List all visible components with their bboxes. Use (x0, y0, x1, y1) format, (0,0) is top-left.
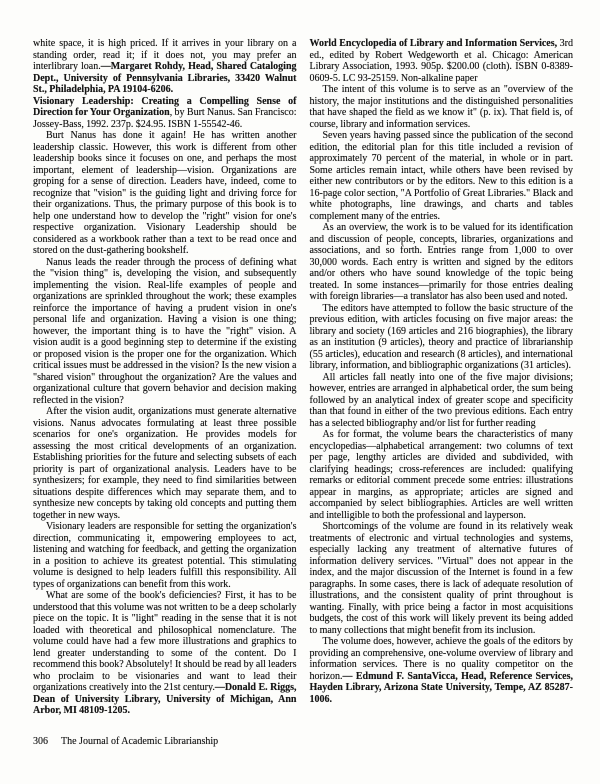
review-paragraph: Visionary leaders are responsible for se… (33, 521, 297, 590)
journal-title: The Journal of Academic Librarianship (61, 736, 218, 747)
page-number: 306 (33, 736, 48, 747)
review-paragraph: The intent of this volume is to serve as… (310, 84, 574, 130)
two-column-layout: white space, it is high priced. If it ar… (0, 0, 600, 717)
review-final-paragraph: The volume does, however, achieve the go… (310, 636, 574, 705)
review-paragraph: All articles fall neatly into one of the… (310, 372, 574, 430)
page-footer: 306The Journal of Academic Librarianship (33, 736, 218, 747)
review-paragraph: Shortcomings of the volume are found in … (310, 521, 574, 636)
review-final-text: What are some of the book's deficiencies… (33, 590, 297, 693)
review-final-paragraph: What are some of the book's deficiencies… (33, 590, 297, 717)
review-citation-world-encyclopedia: World Encyclopedia of Library and Inform… (310, 38, 574, 84)
left-column: white space, it is high priced. If it ar… (33, 38, 297, 717)
review-paragraph: The editors have attempted to follow the… (310, 303, 574, 372)
review-paragraph: After the vision audit, organizations mu… (33, 406, 297, 521)
scanned-journal-page: white space, it is high priced. If it ar… (0, 0, 600, 784)
reviewer-signature-santavicca: — Edmund F. SantaVicca, Head, Reference … (310, 671, 574, 705)
book-title-world-encyclopedia: World Encyclopedia of Library and Inform… (310, 38, 558, 49)
right-column: World Encyclopedia of Library and Inform… (310, 38, 574, 717)
review-paragraph: Burt Nanus has done it again! He has wri… (33, 130, 297, 257)
continued-review-paragraph: white space, it is high priced. If it ar… (33, 38, 297, 96)
review-citation-visionary-leadership: Visionary Leadership: Creating a Compell… (33, 96, 297, 131)
review-paragraph: Nanus leads the reader through the proce… (33, 257, 297, 407)
review-paragraph: Seven years having passed since the publ… (310, 130, 574, 222)
review-paragraph: As for format, the volume bears the char… (310, 429, 574, 521)
review-paragraph: As an overview, the work is to be valued… (310, 222, 574, 303)
